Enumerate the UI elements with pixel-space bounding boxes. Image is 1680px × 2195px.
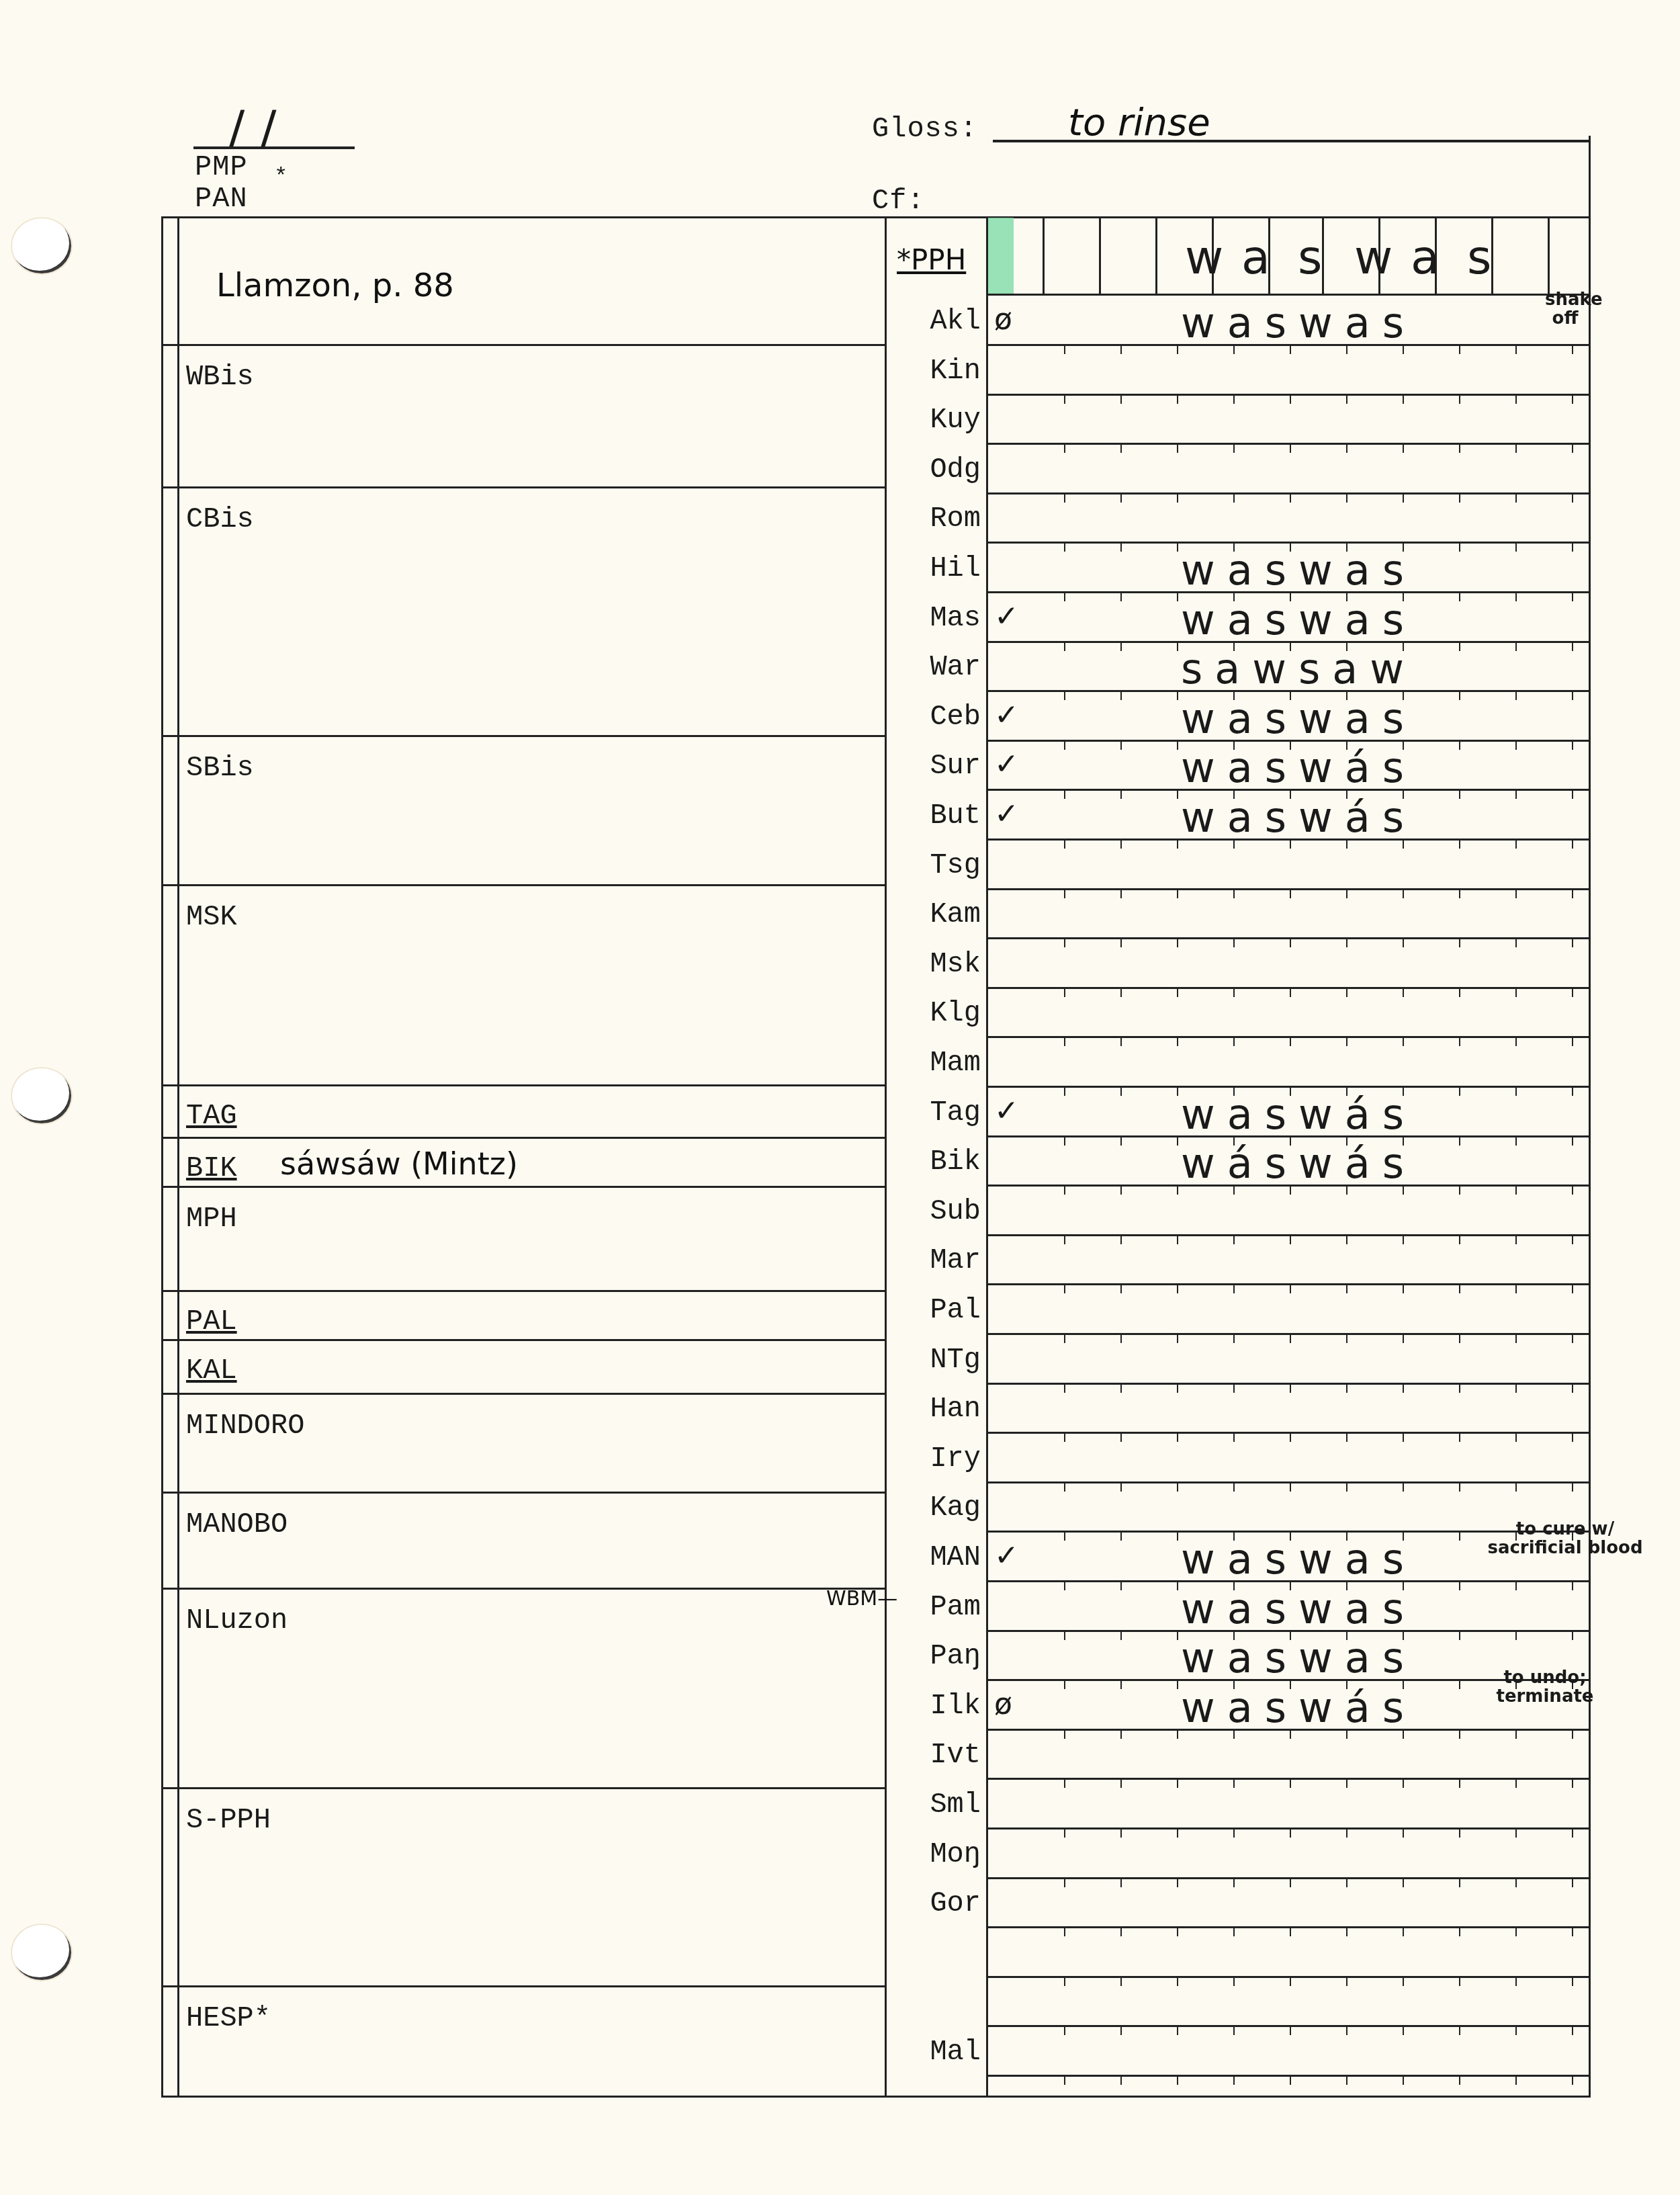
language-row: Sml [887,1779,1589,1830]
proto-letter: s [1298,230,1322,285]
language-code: NTg [930,1344,981,1376]
section-entry: sáwsáw (Mintz) [280,1146,518,1182]
check-mark: ✓ [994,698,1019,732]
language-code: Klg [930,997,981,1029]
language-code: Kuy [930,404,981,436]
language-row: Ivt [887,1729,1589,1780]
language-code: Moŋ [930,1838,981,1870]
section-nluzon: NLuzon [179,1590,885,1789]
language-row: Tag✓waswás [887,1087,1589,1137]
cognate-form-text: waswas [1181,546,1416,595]
check-mark: ✓ [994,797,1019,831]
language-row: Gor [887,1878,1589,1928]
language-code: Paŋ [930,1640,981,1672]
language-code: Kag [930,1492,981,1524]
section-label: S-PPH [186,1804,271,1836]
language-code: Ceb [930,701,981,733]
cognate-form: Llamzon, p. 88 WBisCBisSBisMSKTAGBIKsáws… [161,216,1591,2098]
source-note: Llamzon, p. 88 [216,267,454,304]
form-right-border [1589,136,1591,2098]
binder-hole [12,218,71,273]
section-label: SBis [186,752,254,784]
language-code: Sub [930,1195,981,1228]
cognate-form-text: waswás [1181,793,1416,842]
pmp-label: PMP [195,151,248,183]
language-row: Pamwaswas [887,1582,1589,1632]
grid-cell [1155,216,1157,294]
proto-grid: waswas [986,216,1589,294]
language-code: Ivt [930,1739,981,1771]
language-row: Msk [887,939,1589,989]
language-code: Kam [930,898,981,931]
language-code: Msk [930,948,981,980]
section-manobo: MANOBO [179,1494,885,1590]
cognate-form-text: waswás [1181,1683,1416,1732]
language-code: Gor [930,1887,981,1920]
language-row: Mam [887,1037,1589,1088]
language-row: Mas✓waswas [887,593,1589,643]
section-sbis: SBis [179,737,885,886]
language-row: But✓waswás [887,790,1589,841]
cognate-form-text: waswas [1181,1633,1416,1682]
pan-label: PAN [195,183,248,215]
language-code: Tag [930,1096,981,1129]
language-row: Tsg [887,840,1589,890]
language-code: Odg [930,454,981,486]
language-code: Mar [930,1244,981,1277]
language-row: Pal [887,1285,1589,1335]
grid-cell [1099,216,1101,294]
grid-cell [1548,216,1550,294]
section-spph: S-PPH [179,1789,885,1987]
section-label: TAG [186,1100,237,1132]
language-code: Ilk [930,1690,981,1722]
section-label: MANOBO [186,1508,288,1541]
row-ticks [986,2077,1589,2083]
language-code: Han [930,1393,981,1425]
language-code: Hil [930,552,981,585]
language-code: Akl [930,305,981,337]
language-code: Iry [930,1443,981,1475]
proto-letter: s [1467,230,1491,285]
binder-hole [12,1925,71,1980]
cognate-form-text: waswas [1181,1535,1416,1584]
language-code: Kin [930,355,981,387]
section-label: MSK [186,901,237,933]
language-code: Pam [930,1591,981,1623]
language-row: Ilkøwaswásto undo; terminate [887,1680,1589,1731]
section-bik: BIKsáwsáw (Mintz) [179,1139,885,1188]
language-row: Warsawsaw [887,642,1589,692]
section-hesp: HESP* [179,1987,885,2098]
gloss-label: Gloss: [872,113,977,145]
section-tag: TAG [179,1086,885,1139]
check-mark: ✓ [994,1539,1019,1573]
language-row: MAN✓waswasto cure w/ sacrificial blood [887,1532,1589,1582]
language-code: Sur [930,750,981,782]
language-row: Iry [887,1433,1589,1483]
language-code: Mam [930,1047,981,1079]
language-row: Bikwáswás [887,1136,1589,1187]
section-kal: KAL [179,1341,885,1395]
section-label: CBis [186,503,254,535]
language-row: Sub [887,1186,1589,1236]
section-label: MINDORO [186,1410,304,1442]
section-label: PAL [186,1305,237,1338]
gloss-value: to rinse [1068,101,1210,144]
section-wbis: WBis [179,346,885,488]
section-label: NLuzon [186,1604,288,1637]
highlight-mark [988,218,1014,295]
language-row: Han [887,1383,1589,1434]
proto-letter: w [1185,230,1223,285]
language-code: Bik [930,1146,981,1178]
section-mindoro: MINDORO [179,1395,885,1494]
grid-cell [986,216,988,294]
language-row: Ceb✓waswas [887,691,1589,742]
language-code: Mas [930,602,981,634]
language-row: Hilwaswas [887,543,1589,593]
cognate-form-text: waswas [1181,694,1416,743]
proto-letter: a [1241,230,1270,285]
language-code: Sml [930,1789,981,1821]
section-label: BIK [186,1152,237,1185]
language-row: Odg [887,444,1589,494]
language-row: Sur✓waswás [887,740,1589,791]
language-code: But [930,800,981,832]
check-mark: ✓ [994,1094,1019,1128]
section-pal: PAL [179,1292,885,1341]
asterisk: * [274,165,288,190]
language-code: Tsg [930,849,981,881]
language-row: Klg [887,988,1589,1038]
gloss-note: to cure w/ sacrificial blood [1478,1520,1652,1557]
proto-label: *PPH [897,243,966,276]
source-section: Llamzon, p. 88 [179,216,885,346]
language-row: Akløwaswasshake off [887,296,1589,346]
language-row: Moŋ [887,1829,1589,1879]
section-msk: MSK [179,886,885,1086]
cognate-form-text: sawsaw [1181,644,1416,693]
language-row: NTg [887,1334,1589,1385]
header-underline [193,146,355,149]
section-cbis: CBis [179,488,885,737]
grid-cell [1043,216,1045,294]
section-mph: MPH [179,1188,885,1292]
check-mark: ø [994,1687,1012,1721]
cognate-form-text: waswás [1181,743,1416,792]
cognate-form-text: wáswás [1181,1139,1416,1188]
cognate-form-text: waswas [1181,1584,1416,1633]
language-code: Rom [930,503,981,535]
language-row: Mar [887,1235,1589,1285]
binder-hole [12,1068,71,1123]
language-row [887,1977,1589,2027]
section-label: KAL [186,1354,237,1387]
check-mark: ✓ [994,599,1019,634]
section-label: WBis [186,361,254,393]
language-row: Kin [887,345,1589,396]
cognate-form-text: waswas [1181,595,1416,644]
language-code: Mal [930,2036,981,2068]
cf-label: Cf: [872,185,925,217]
language-row: Mal [887,2026,1589,2077]
check-mark: ✓ [994,747,1019,781]
language-row: Kuy [887,394,1589,445]
gloss-note: shake off [1545,290,1585,328]
language-row [887,1928,1589,1978]
cognate-form-text: waswas [1181,298,1416,347]
language-code: MAN [930,1541,981,1574]
section-label: MPH [186,1203,237,1235]
language-code: Pal [930,1294,981,1326]
language-code: War [930,651,981,683]
language-row: Paŋwaswas [887,1631,1589,1681]
proto-letter: w [1354,230,1392,285]
gloss-note: to undo; terminate [1485,1668,1605,1706]
language-row: Kam [887,889,1589,939]
language-row: Rom [887,493,1589,544]
check-mark: ø [994,302,1012,337]
section-label: HESP* [186,2002,271,2034]
proto-letter: a [1411,230,1440,285]
cognate-form-text: waswás [1181,1090,1416,1139]
form-left-border [161,216,163,2098]
